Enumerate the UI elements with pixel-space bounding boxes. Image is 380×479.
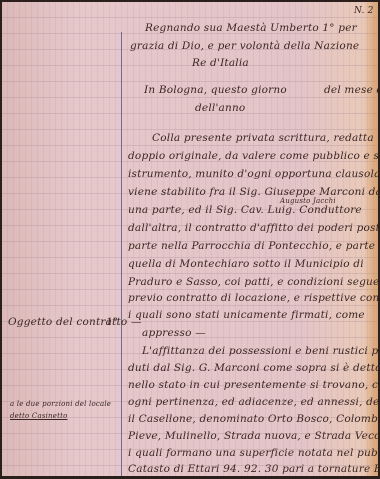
section-number: 1° [106, 316, 118, 328]
page-number: N. 2 [354, 6, 374, 16]
section-line: Pieve, Mulinello, Strada nuova, e Strada… [128, 430, 378, 442]
body-line: Colla presente privata scrittura, redatt… [152, 132, 378, 144]
body-line: istrumento, munito d'ogni opportuna clau… [128, 168, 378, 180]
section-line: L'affittanza dei possessioni e beni rust… [142, 345, 378, 357]
manuscript-page: N. 2 Regnando sua Maestà Umberto 1° per … [2, 2, 378, 476]
place-date-year: dell'anno [195, 102, 245, 114]
section-line: il Casellone, denominato Orto Bosco, Col… [128, 413, 378, 425]
body-line: parte nella Parrocchia di Pontecchio, e … [128, 240, 378, 252]
body-line: previo contratto di locazione, e rispett… [128, 292, 378, 304]
heading-line-2: grazia di Dio, e per volontà della Nazio… [130, 40, 359, 52]
body-line: quella di Montechiaro sotto il Municipio… [128, 258, 364, 270]
margin-label-object: Oggetto del contratto — [8, 316, 142, 328]
place-date-right: del mese di [324, 84, 378, 96]
margin-note-line: a le due porzioni del locale [10, 400, 111, 408]
body-line: una parte, ed il Sig. Cav. Luig. Condutt… [128, 204, 362, 216]
margin-rule [121, 32, 122, 476]
body-line: doppio originale, da valere come pubblic… [128, 150, 378, 162]
heading-line-3: Re d'Italia [192, 57, 249, 69]
heading-line-1: Regnando sua Maestà Umberto 1° per [145, 22, 357, 34]
margin-note-line: detto Casinetto [10, 412, 68, 420]
section-line: i quali formano una superficie notata ne… [128, 447, 378, 459]
section-line: duti dal Sig. G. Marconi come sopra si è… [128, 362, 378, 374]
section-line: ogni pertinenza, ed adiacenze, ed anness… [128, 396, 378, 408]
body-line: i quali sono stati unicamente firmati, c… [128, 309, 365, 321]
body-line: Praduro e Sasso, coi patti, e condizioni… [128, 276, 378, 288]
place-date-left: In Bologna, questo giorno [144, 84, 287, 96]
body-line: viene stabilito fra il Sig. Giuseppe Mar… [128, 186, 378, 198]
body-line: dall'altra, il contratto d'affitto dei p… [128, 222, 378, 234]
body-line: appresso — [142, 327, 206, 339]
section-line: nello stato in cui presentemente si trov… [128, 379, 378, 391]
section-line: Catasto di Ettari 94. 92. 30 pari a torn… [128, 463, 378, 475]
